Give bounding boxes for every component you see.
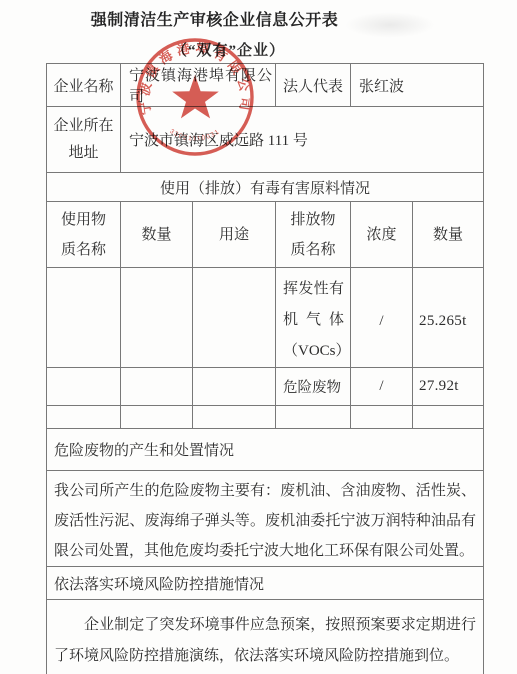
empty-cell bbox=[276, 406, 351, 429]
cell-concentration-1: / bbox=[351, 268, 413, 368]
hazwaste-section-header: 危险废物的产生和处置情况 bbox=[47, 429, 484, 471]
col-header-purpose: 用途 bbox=[193, 202, 276, 268]
materials-section-header: 使用（排放）有毒有害原料情况 bbox=[47, 173, 484, 202]
cell-use-name-1 bbox=[47, 268, 121, 368]
empty-cell bbox=[121, 406, 193, 429]
row-column-headers: 使用物质名称 数量 用途 排放物质名称 浓度 数量 bbox=[47, 202, 484, 268]
col-header-concentration: 浓度 bbox=[351, 202, 413, 268]
cell-purpose-1 bbox=[193, 268, 276, 368]
row-hazwaste-header: 危险废物的产生和处置情况 bbox=[47, 429, 484, 471]
hazwaste-section-body: 我公司所产生的危险废物主要有：废机油、含油废物、活性炭、废活性污泥、废海绵子弹头… bbox=[47, 471, 484, 567]
col-header-emission-name: 排放物质名称 bbox=[276, 202, 351, 268]
cell-use-qty-1 bbox=[121, 268, 193, 368]
page-subtitle: （“双有”企业） bbox=[0, 39, 487, 60]
cell-emission-name-1: 挥发性有机气体（VOCs） bbox=[276, 268, 351, 368]
cell-emission-name-2: 危险废物 bbox=[276, 368, 351, 406]
scanned-document-page: { "page": { "title": "强制清洁生产审核企业信息公开表", … bbox=[0, 0, 517, 674]
empty-cell bbox=[47, 406, 121, 429]
row-hazwaste-body: 我公司所产生的危险废物主要有：废机油、含油废物、活性炭、废活性污泥、废海绵子弹头… bbox=[47, 471, 484, 567]
table-row-vocs: 挥发性有机气体（VOCs） / 25.265t bbox=[47, 268, 484, 368]
col-header-use-name: 使用物质名称 bbox=[47, 202, 121, 268]
empty-cell bbox=[413, 406, 484, 429]
cell-concentration-2: / bbox=[351, 368, 413, 406]
row-address: 企业所在地址 宁波市镇海区威远路 111 号 bbox=[47, 107, 484, 173]
company-name-label: 企业名称 bbox=[47, 64, 121, 107]
legal-rep-value: 张红波 bbox=[351, 64, 484, 107]
row-materials-header: 使用（排放）有毒有害原料情况 bbox=[47, 173, 484, 202]
legal-rep-label: 法人代表 bbox=[276, 64, 351, 107]
cell-quantity-1: 25.265t bbox=[413, 268, 484, 368]
risk-section-header: 依法落实环境风险防控措施情况 bbox=[47, 567, 484, 600]
cell-use-qty-2 bbox=[121, 368, 193, 406]
cell-purpose-2 bbox=[193, 368, 276, 406]
address-label: 企业所在地址 bbox=[47, 107, 121, 173]
risk-section-body: 企业制定了突发环境事件应急预案，按照预案要求定期进行了环境风险防控措施演练，依法… bbox=[47, 600, 484, 674]
company-name-value: 宁波镇海港埠有限公司 bbox=[121, 64, 276, 107]
disclosure-form-table: 企业名称 宁波镇海港埠有限公司 法人代表 张红波 企业所在地址 宁波市镇海区威远… bbox=[46, 63, 484, 674]
scan-smudge bbox=[345, 12, 435, 38]
row-risk-body: 企业制定了突发环境事件应急预案，按照预案要求定期进行了环境风险防控措施演练，依法… bbox=[47, 600, 484, 674]
row-risk-header: 依法落实环境风险防控措施情况 bbox=[47, 567, 484, 600]
table-row-hazwaste: 危险废物 / 27.92t bbox=[47, 368, 484, 406]
empty-cell bbox=[351, 406, 413, 429]
cell-quantity-2: 27.92t bbox=[413, 368, 484, 406]
col-header-emission-qty: 数量 bbox=[413, 202, 484, 268]
table-row-empty bbox=[47, 406, 484, 429]
address-value: 宁波市镇海区威远路 111 号 bbox=[121, 107, 484, 173]
row-company: 企业名称 宁波镇海港埠有限公司 法人代表 张红波 bbox=[47, 64, 484, 107]
empty-cell bbox=[193, 406, 276, 429]
cell-use-name-2 bbox=[47, 368, 121, 406]
col-header-use-qty: 数量 bbox=[121, 202, 193, 268]
